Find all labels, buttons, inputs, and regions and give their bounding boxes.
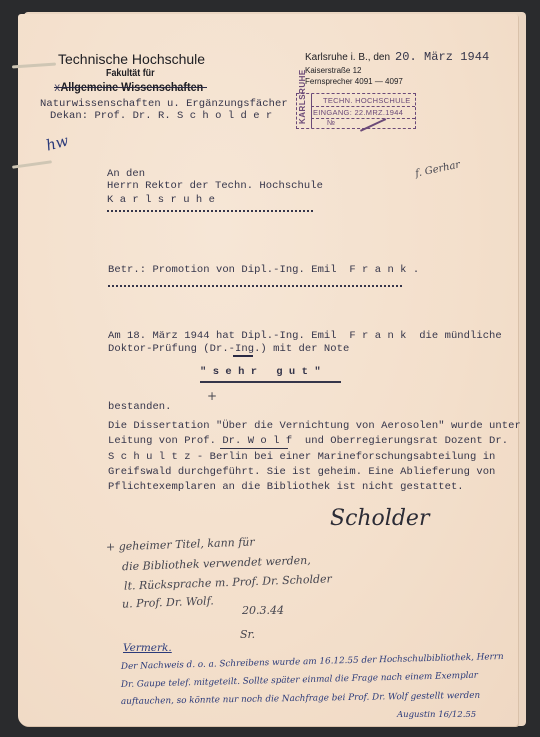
body-p2-line5: Pflichtexemplaren an die Bibliothek ist … bbox=[108, 481, 464, 493]
recipient-city: K a r l s r u h e bbox=[107, 194, 215, 206]
dean-line: Dekan: Prof. Dr. R. S c h o l d e r bbox=[50, 110, 272, 122]
faculty-typed: Naturwissenschaften u. Ergänzungsfächer bbox=[40, 98, 288, 110]
institution-name: Technische Hochschule bbox=[58, 51, 205, 67]
insertion-mark: + bbox=[207, 389, 217, 403]
receipt-stamp: KARLSRUHE TECHN. HOCHSCHULE EINGANG: 22.… bbox=[296, 93, 416, 129]
body-p2-line4: Greifswald durchgeführt. Sie ist geheim.… bbox=[108, 466, 495, 478]
grade: " s e h r g u t " bbox=[200, 366, 321, 378]
wolf-underline bbox=[220, 448, 288, 449]
stamp-line-2: EINGANG: 22.MRZ.1944 bbox=[313, 108, 403, 117]
stamp-city: KARLSRUHE bbox=[298, 69, 307, 124]
remark-signoff: Augustin 16/12.55 bbox=[397, 710, 476, 720]
stamp-line-1: TECHN. HOCHSCHULE bbox=[323, 96, 411, 105]
subject-underline bbox=[108, 285, 402, 287]
recipient-line-2: Herrn Rektor der Techn. Hochschule bbox=[107, 180, 323, 192]
faculty-label: Fakultät für bbox=[106, 67, 155, 79]
grade-underline bbox=[200, 381, 341, 383]
letter-date: 20. März 1944 bbox=[395, 50, 489, 64]
remark-heading: Vermerk. bbox=[123, 642, 172, 654]
recipient-line-1: An den bbox=[107, 168, 145, 180]
ing-underline bbox=[233, 355, 253, 357]
phone-number: Fernsprecher 4091 — 4097 bbox=[305, 77, 403, 86]
recipient-underline bbox=[107, 210, 313, 212]
strike-through bbox=[54, 87, 207, 88]
body-p1-line3: bestanden. bbox=[108, 401, 172, 413]
handnote-initial: Sr. bbox=[240, 628, 255, 641]
body-p2-line2: Leitung von Prof. Dr. W o l f und Oberre… bbox=[108, 435, 508, 447]
place-label: Karlsruhe i. B., den bbox=[305, 52, 390, 63]
body-p1-line1: Am 18. März 1944 hat Dipl.-Ing. Emil F r… bbox=[108, 330, 502, 342]
body-p2-line3: S c h u l t z - Berlin bei einer Marinef… bbox=[108, 451, 495, 463]
body-p2-line1: Die Dissertation "Über die Vernichtung v… bbox=[108, 420, 521, 432]
stamp-line-3: № bbox=[327, 118, 335, 127]
body-p1-line2: Doktor-Prüfung (Dr.-Ing.) mit der Note bbox=[108, 343, 349, 355]
handnote-date: 20.3.44 bbox=[242, 604, 284, 617]
signature: Scholder bbox=[330, 506, 429, 531]
subject-line: Betr.: Promotion von Dipl.-Ing. Emil F r… bbox=[108, 264, 419, 276]
street-address: Kaiserstraße 12 bbox=[305, 66, 361, 75]
